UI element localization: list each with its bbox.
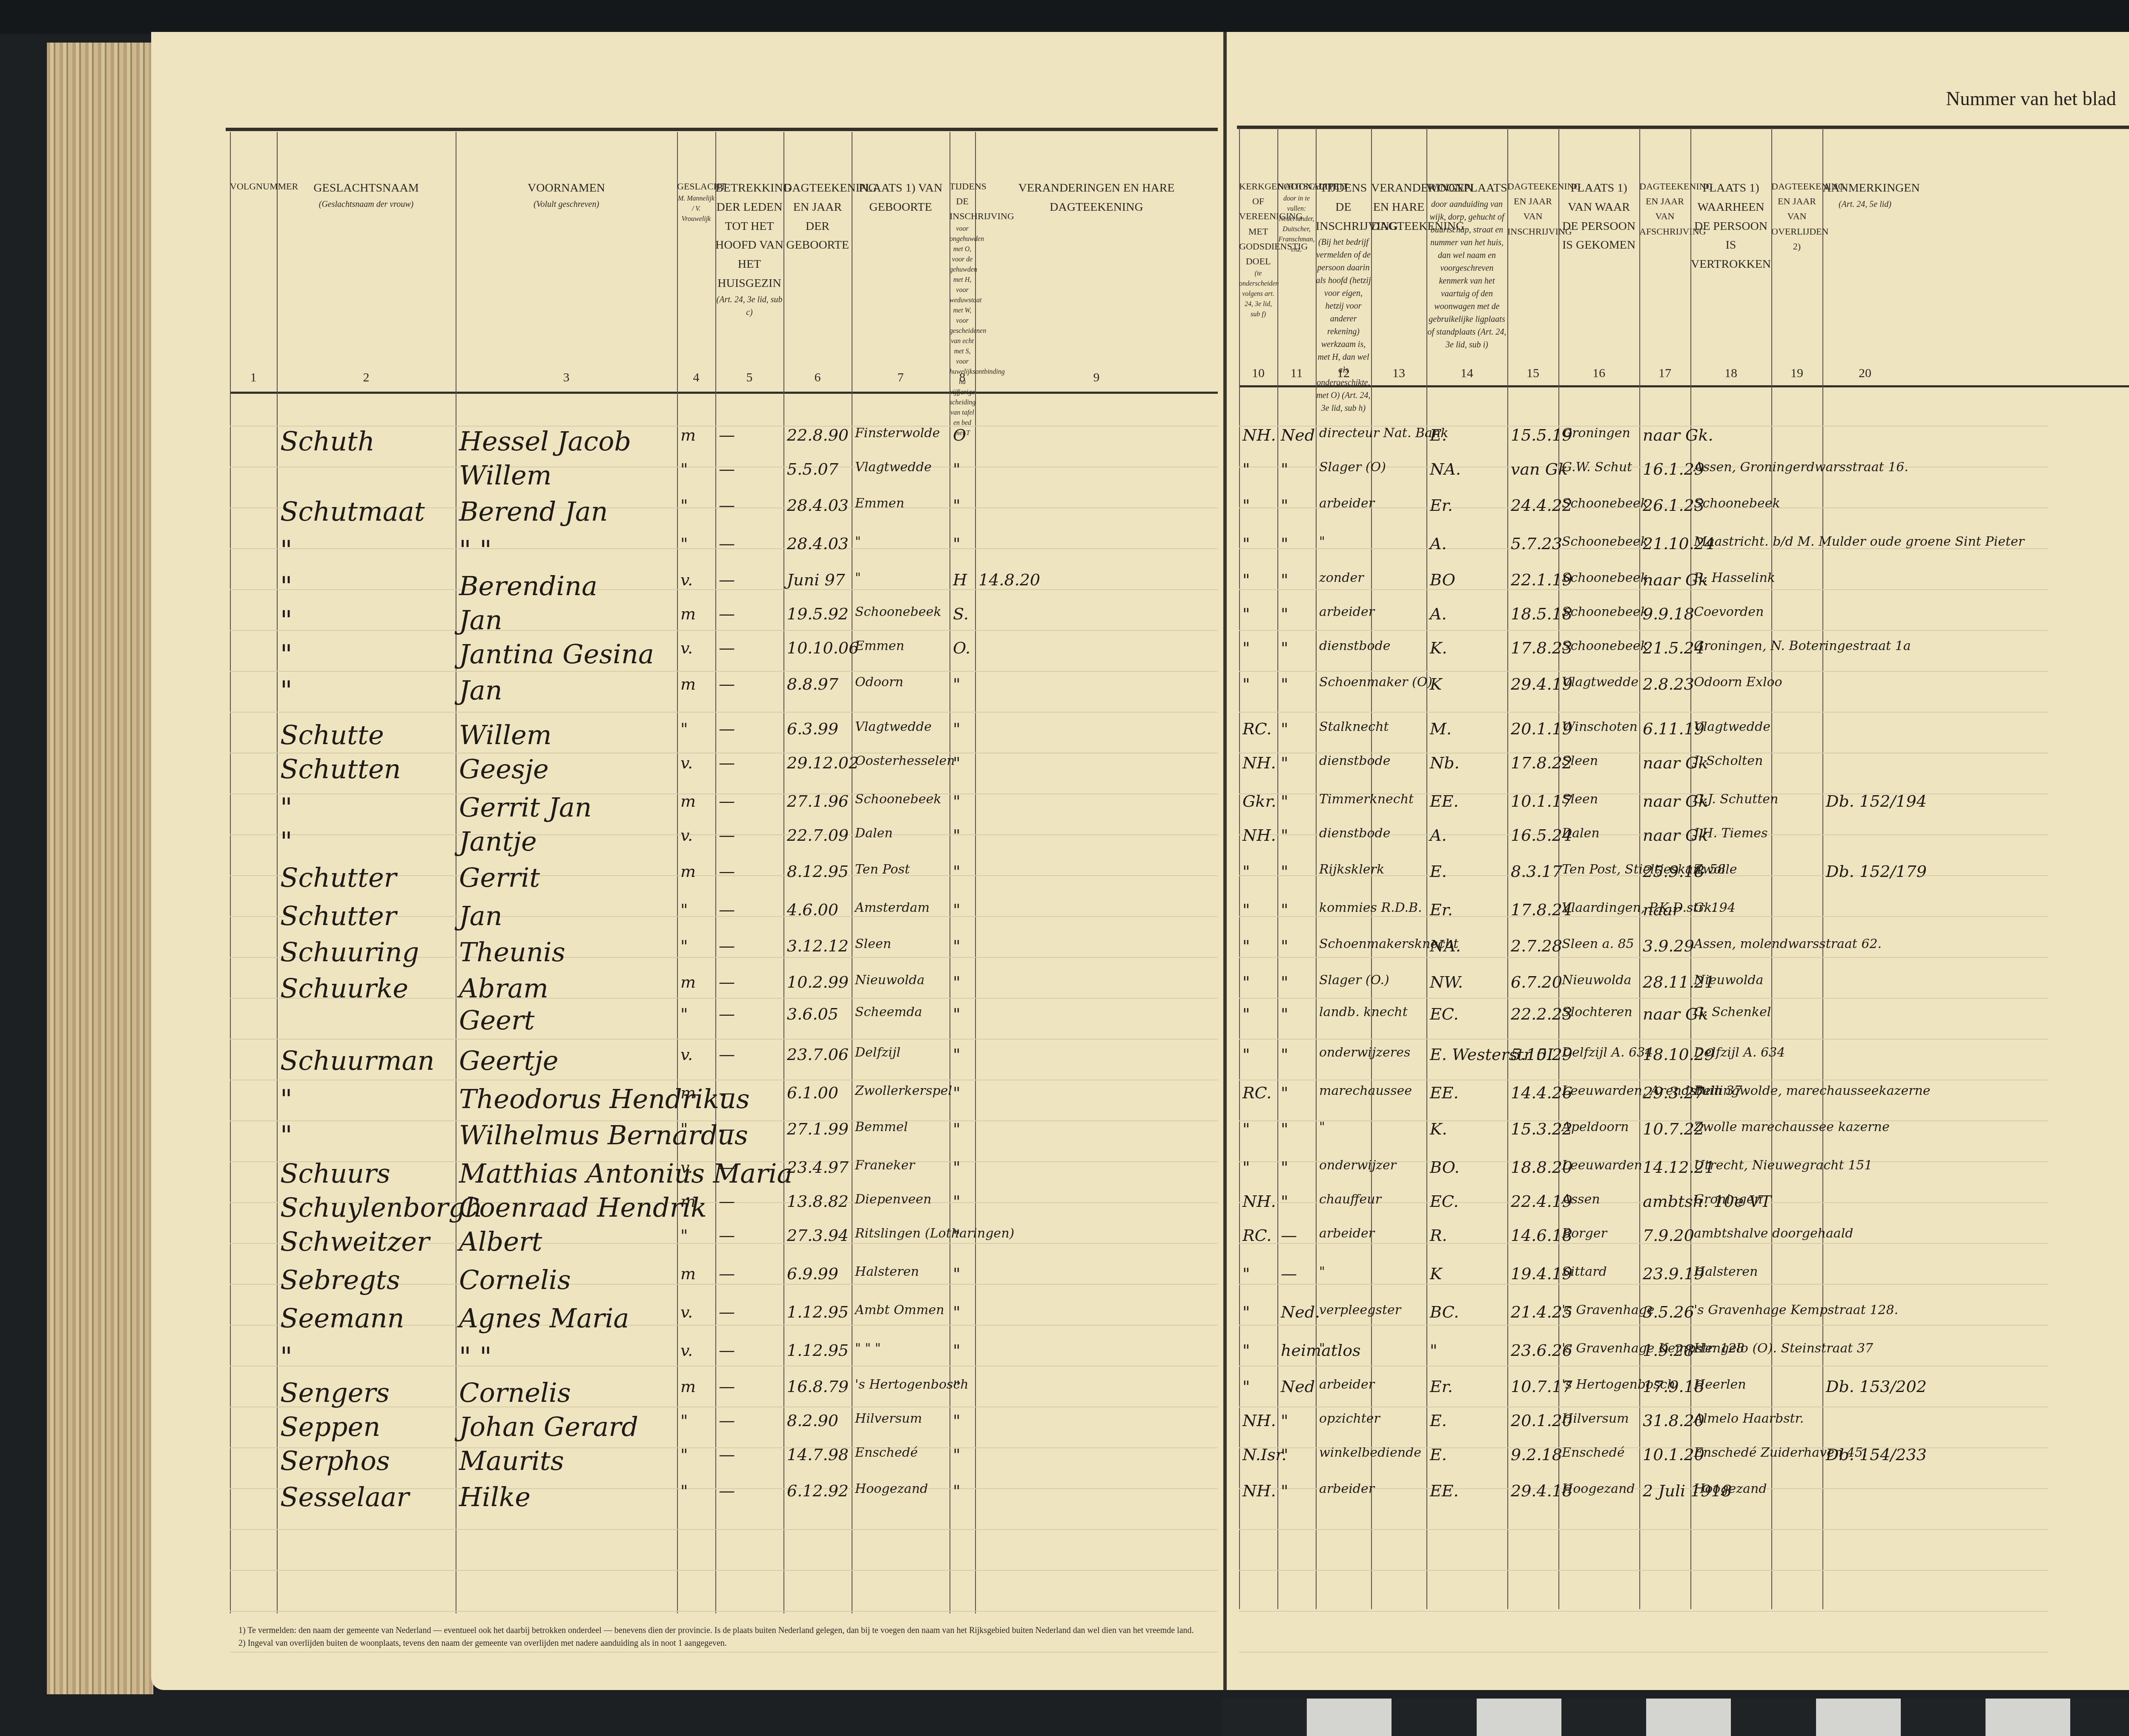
column-header-title: Woonplaats	[1426, 179, 1507, 198]
column-header-1: Volgnummer	[230, 179, 277, 194]
column-header-7: Plaats 1) van geboorte	[852, 179, 950, 217]
cell-pob: Delfzijl	[855, 1045, 901, 1060]
cell-civ: "	[953, 1192, 960, 1211]
column-number: 2	[277, 370, 456, 385]
cell-pob: Oosterhesselen	[855, 753, 955, 768]
column-divider	[1507, 128, 1508, 1609]
cell-occ: Stalknecht	[1319, 719, 1389, 734]
ruled-line	[230, 671, 1218, 672]
cell-church: "	[1242, 1341, 1250, 1360]
cell-wijk: BC.	[1430, 1303, 1459, 1321]
cell-church: NH.	[1242, 1192, 1276, 1211]
cell-dob: 13.8.82	[787, 1192, 849, 1211]
cell-surname: Schuth	[280, 426, 375, 457]
cell-from: Schoonebeek	[1562, 639, 1648, 653]
cell-surname: Schutte	[280, 719, 384, 751]
column-number: 11	[1277, 366, 1316, 381]
cell-sex: m	[680, 1192, 696, 1211]
cell-given: Wilhelmus Bernardus	[459, 1120, 714, 1151]
column-header-title: Nationaliteit	[1277, 179, 1316, 194]
cell-nat: "	[1281, 826, 1288, 845]
cell-dob: 27.3.94	[787, 1226, 849, 1245]
cell-church: "	[1242, 1264, 1250, 1283]
cell-civ: S.	[953, 604, 969, 623]
cell-nat: Ned	[1281, 1377, 1315, 1396]
column-number: 4	[677, 370, 715, 385]
cell-church: "	[1242, 675, 1250, 693]
column-number: 6	[783, 370, 852, 385]
cell-civ: O	[953, 426, 966, 444]
cell-sex: "	[680, 1445, 688, 1464]
column-number: 18	[1690, 366, 1771, 381]
column-header-title: Geslachtsnaam	[277, 179, 456, 198]
cell-surname: Schuurs	[280, 1158, 390, 1189]
cell-to: ambtshalve doorgehaald	[1694, 1226, 1854, 1241]
cell-given: Jan	[459, 675, 502, 706]
cell-out-date: 3.5.26	[1643, 1303, 1694, 1321]
cell-from: Hilversum	[1562, 1411, 1629, 1426]
ruled-line	[1239, 589, 2048, 590]
column-header-3: Voornamen(Volult geschreven)	[456, 179, 677, 211]
cell-from: Sleen	[1562, 753, 1598, 768]
cell-from: Schoonebeek	[1562, 604, 1648, 619]
cell-wijk: BO.	[1430, 1158, 1460, 1177]
cell-civ: "	[953, 792, 960, 811]
column-header-5: Betrekking der leden tot het hoofd van h…	[715, 179, 783, 319]
cell-church: "	[1242, 639, 1250, 657]
cell-civ: "	[953, 534, 960, 553]
column-header-note: door in te vullen: Nederlander, Duitsche…	[1277, 194, 1316, 255]
column-header-title: Betrekking der leden tot het hoofd van h…	[715, 179, 783, 293]
column-number: 5	[715, 370, 783, 385]
cell-given: Theodorus Hendrikus	[459, 1083, 714, 1114]
cell-wijk: EC.	[1430, 1192, 1459, 1211]
cell-pob: Vlagtwedde	[855, 460, 932, 475]
cell-dob: 19.5.92	[787, 604, 849, 623]
cell-civ: "	[953, 460, 960, 478]
cell-wijk: EE.	[1430, 1481, 1459, 1500]
cell-sex: "	[680, 460, 688, 478]
cell-surname: Schuurman	[280, 1045, 434, 1076]
cell-rel: —	[719, 753, 735, 772]
cell-nat: "	[1281, 719, 1288, 738]
cell-from: Slochteren	[1562, 1005, 1633, 1020]
cell-given: Cornelis	[459, 1377, 571, 1408]
cell-wijk: K.	[1430, 639, 1447, 657]
cell-church: RC.	[1242, 719, 1271, 738]
ruled-line	[1239, 1325, 2048, 1326]
cell-surname: "	[280, 826, 293, 857]
column-header-title: Dagteekening en jaar van overlijden 2)	[1771, 179, 1822, 254]
cell-surname: "	[280, 1083, 293, 1114]
column-header-note: (Art. 24, 5e lid)	[1822, 198, 1908, 211]
cell-sex: "	[680, 1226, 688, 1245]
ruled-line	[1239, 671, 2048, 672]
column-header-note: M. Mannelijk / V. Vrouwelijk	[677, 194, 715, 224]
ruled-line	[230, 1529, 1218, 1530]
cell-rel: —	[719, 826, 735, 845]
book-gutter	[1223, 32, 1227, 1690]
cell-nat: "	[1281, 937, 1288, 955]
cell-sex: v.	[680, 639, 693, 657]
cell-from: Winschoten	[1562, 719, 1638, 734]
cell-occ: opzichter	[1319, 1411, 1380, 1426]
column-header-title: Dagteekening en jaar der geboorte	[783, 179, 852, 255]
column-header-title: Veranderingen en hare dagteekening	[975, 179, 1218, 217]
cell-wijk: A.	[1430, 534, 1447, 553]
cell-wijk: Nb.	[1430, 753, 1460, 772]
cell-to: Nieuwolda	[1694, 973, 1763, 988]
cell-dob: 27.1.99	[787, 1120, 849, 1138]
cell-surname: "	[280, 604, 293, 636]
cell-from: Borger	[1562, 1226, 1607, 1241]
cell-pob: Finsterwolde	[855, 426, 940, 441]
cell-dob: 3.6.05	[787, 1005, 838, 1023]
cell-church: "	[1242, 862, 1250, 881]
cell-to: J.H. Tiemes	[1694, 826, 1767, 841]
cell-to: G. Schenkel	[1694, 1005, 1771, 1020]
column-header-13: Veranderingen en hare dagteekening	[1371, 179, 1426, 236]
cell-civ: "	[953, 496, 960, 515]
cell-wijk: NA.	[1430, 937, 1461, 955]
cell-wijk: "	[1430, 1341, 1437, 1360]
cell-church: "	[1242, 937, 1250, 955]
cell-pob: Zwollerkerspel	[855, 1083, 952, 1098]
cell-wijk: NW.	[1430, 973, 1463, 991]
cell-wijk: A.	[1430, 826, 1447, 845]
cell-given: Jantina Gesina	[459, 639, 654, 670]
column-header-title: Aanmerkingen	[1822, 179, 1908, 198]
cell-surname: Schuuring	[280, 937, 419, 968]
cell-wijk: Er.	[1430, 1377, 1453, 1396]
column-header-note: (Volult geschreven)	[456, 198, 677, 211]
cell-dob: 6.1.00	[787, 1083, 838, 1102]
column-header-note: door aanduiding van wijk, dorp, gehucht …	[1426, 198, 1507, 351]
cell-sex: "	[680, 496, 688, 515]
cell-given: Abram	[459, 973, 548, 1004]
cell-rel: —	[719, 1445, 735, 1464]
cell-civ: "	[953, 675, 960, 693]
cell-pob: Enschedé	[855, 1445, 918, 1460]
cell-occ: onderwijzeres	[1319, 1045, 1409, 1060]
cell-occ: kommies R.D.B.	[1319, 900, 1409, 915]
cell-given: Theunis	[459, 937, 565, 968]
cell-civ: "	[953, 1083, 960, 1102]
cell-dob: 3.12.12	[787, 937, 849, 955]
cell-surname: Schutter	[280, 862, 396, 893]
column-header-title: Veranderingen en hare dagteekening	[1371, 179, 1426, 236]
cell-occ: arbeider	[1319, 496, 1374, 511]
cell-wijk: EC.	[1430, 1005, 1459, 1023]
cell-in-date: 9.2.18	[1511, 1445, 1562, 1464]
cell-rel: —	[719, 1192, 735, 1211]
cell-dob: 8.2.90	[787, 1411, 838, 1430]
cell-given: Hessel Jacob	[459, 426, 631, 457]
cell-from: Schoonebeek	[1562, 570, 1648, 585]
cell-wijk: M.	[1430, 719, 1452, 738]
cell-given: Willem	[459, 460, 552, 491]
cell-occ: arbeider	[1319, 1226, 1374, 1241]
cell-pob: Ambt Ommen	[855, 1303, 944, 1318]
cell-dob: 1.12.95	[787, 1341, 849, 1360]
cell-given: Agnes Maria	[459, 1303, 629, 1334]
cell-pob: Hoogezand	[855, 1481, 928, 1496]
column-header-title: Volgnummer	[230, 179, 277, 194]
column-divider	[715, 132, 716, 1613]
cell-nat: "	[1281, 1158, 1288, 1177]
cell-given: " "	[459, 534, 492, 565]
cell-nat: "	[1281, 570, 1288, 589]
cell-to: Zwolle	[1694, 862, 1737, 877]
cell-nat: —	[1281, 1226, 1297, 1245]
cell-rel: —	[719, 900, 735, 919]
cell-dob: 23.7.06	[787, 1045, 849, 1064]
cell-occ: winkelbediende	[1319, 1445, 1409, 1460]
cell-occ: Slager (O.)	[1319, 973, 1389, 988]
cell-out-date: 7.9.20	[1643, 1226, 1694, 1245]
cell-civ: "	[953, 1445, 960, 1464]
cell-to: Halsteren	[1694, 1264, 1758, 1279]
cell-dob: 8.12.95	[787, 862, 849, 881]
cell-civ: "	[953, 1481, 960, 1500]
cell-to: G.J. Schutten	[1694, 792, 1778, 807]
cell-sex: m	[680, 1083, 696, 1102]
cell-from: Sleen	[1562, 792, 1598, 807]
cell-church: N.Isr.	[1242, 1445, 1286, 1464]
column-header-9: Veranderingen en hare dagteekening	[975, 179, 1218, 217]
ruled-line	[1239, 1284, 2048, 1285]
column-header-title: Kerkgenootschap of vereeniging met godsd…	[1239, 179, 1277, 269]
cell-dob: 22.7.09	[787, 826, 849, 845]
cell-church: Gkr.	[1242, 792, 1276, 811]
cell-given: Geertje	[459, 1045, 558, 1076]
cell-rel: —	[719, 1120, 735, 1138]
column-divider	[277, 132, 278, 1613]
cell-occ: "	[1319, 1120, 1325, 1134]
cell-wijk: K.	[1430, 1120, 1447, 1138]
cell-out-date: 1.9.28	[1643, 1341, 1694, 1360]
cell-pob: Scheemda	[855, 1005, 922, 1020]
cell-to: Heerlen	[1694, 1377, 1746, 1392]
cell-rel: —	[719, 426, 735, 444]
cell-nat: "	[1281, 675, 1288, 693]
cell-pob: Amsterdam	[855, 900, 930, 915]
cell-pob: Schoonebeek	[855, 604, 941, 619]
cell-occ: onderwijzer	[1319, 1158, 1396, 1173]
cell-nat: "	[1281, 1411, 1288, 1430]
column-divider	[230, 132, 231, 1613]
cell-to: Groningen	[1694, 1192, 1762, 1207]
column-divider	[456, 132, 456, 1613]
cell-out-date: naar	[1643, 900, 1680, 919]
cell-out-date: 9.9.18	[1643, 604, 1694, 623]
cell-church: "	[1242, 1005, 1250, 1023]
ruled-line	[1239, 630, 2048, 631]
cell-rel: —	[719, 570, 735, 589]
cell-dob: 5.5.07	[787, 460, 838, 478]
cell-in-date: van Gk	[1511, 460, 1568, 478]
cell-dob: 6.12.92	[787, 1481, 849, 1500]
column-number: 7	[852, 370, 950, 385]
footnote-2: 2) Ingeval van overlijden buiten de woon…	[238, 1637, 1194, 1650]
cell-church: NH.	[1242, 1411, 1276, 1430]
column-divider	[1239, 128, 1240, 1609]
cell-nat: "	[1281, 753, 1288, 772]
cell-civ: "	[953, 900, 960, 919]
column-number: 3	[456, 370, 677, 385]
cell-sex: m	[680, 675, 696, 693]
cell-sex: v.	[680, 1341, 693, 1360]
cell-out-date: 2.8.23	[1643, 675, 1694, 693]
cell-sex: v.	[680, 1158, 693, 1177]
cell-nat: "	[1281, 496, 1288, 515]
ruled-line	[230, 712, 1218, 713]
column-divider	[1771, 128, 1772, 1609]
cell-dob: 22.8.90	[787, 426, 849, 444]
cell-nat: "	[1281, 792, 1288, 811]
cell-to: J. Scholten	[1694, 753, 1763, 768]
cell-pob: Schoonebeek	[855, 792, 941, 807]
cell-pob: 's Hertogenbosch	[855, 1377, 969, 1392]
cell-nat: "	[1281, 460, 1288, 478]
cell-dob: 6.9.99	[787, 1264, 838, 1283]
cell-rel: —	[719, 1411, 735, 1430]
cell-occ: arbeider	[1319, 604, 1374, 619]
cell-pob: Hilversum	[855, 1411, 922, 1426]
cell-dob: 27.1.96	[787, 792, 849, 811]
cell-nat: "	[1281, 900, 1288, 919]
cell-to: Odoorn Exloo	[1694, 675, 1782, 690]
cell-rel: —	[719, 862, 735, 881]
cell-from: Groningen	[1562, 426, 1630, 441]
cell-sex: v.	[680, 1045, 693, 1064]
cell-church: "	[1242, 1158, 1250, 1177]
cell-nat: Ned.	[1281, 1303, 1320, 1321]
cell-dob: 4.6.00	[787, 900, 838, 919]
cell-civ: "	[953, 1303, 960, 1321]
column-header-14: Woonplaatsdoor aanduiding van wijk, dorp…	[1426, 179, 1507, 351]
cell-pob: Dalen	[855, 826, 893, 841]
column-divider	[677, 132, 678, 1613]
cell-sex: "	[680, 719, 688, 738]
cell-given: Geesje	[459, 753, 549, 785]
cell-given: Jan	[459, 604, 502, 636]
ruled-line	[1239, 1080, 2048, 1080]
cell-pob: Sleen	[855, 937, 891, 951]
cell-surname: Schutmaat	[280, 496, 425, 527]
cell-wijk: EE.	[1430, 792, 1459, 811]
cell-nat: "	[1281, 1045, 1288, 1064]
cell-civ: "	[953, 719, 960, 738]
cell-given: Albert	[459, 1226, 542, 1257]
cell-rel: —	[719, 1005, 735, 1023]
footnotes: 1) Te vermelden: den naam der gemeente v…	[238, 1624, 1194, 1650]
cell-pob: "	[855, 534, 861, 549]
cell-civ: "	[953, 826, 960, 845]
column-header-16: Plaats 1) van waar de persoon is gekomen	[1558, 179, 1639, 255]
cell-sex: m	[680, 604, 696, 623]
cell-civ: "	[953, 753, 960, 772]
cell-rel: —	[719, 1264, 735, 1283]
ruled-line	[1239, 1039, 2048, 1040]
column-header-title: Geslacht	[677, 179, 715, 194]
cell-pob: Odoorn	[855, 675, 904, 690]
ruled-line	[1239, 712, 2048, 713]
cell-nat: "	[1281, 534, 1288, 553]
cell-given: " "	[459, 1341, 492, 1372]
cell-civ: "	[953, 1158, 960, 1177]
column-header-title: Plaats 1) van waar de persoon is gekomen	[1558, 179, 1639, 255]
cell-in-date: 2.7.28	[1511, 937, 1562, 955]
column-number: 19	[1771, 366, 1822, 381]
cell-dob: 14.7.98	[787, 1445, 849, 1464]
ruled-line	[1239, 998, 2048, 999]
cell-surname: "	[280, 675, 293, 706]
cell-wijk: BO	[1430, 570, 1455, 589]
cell-pob: Ten Post	[855, 862, 910, 877]
ruled-line	[230, 1611, 1218, 1612]
cell-rel: —	[719, 1377, 735, 1396]
column-divider	[783, 132, 784, 1613]
cell-from: Schoonebeek	[1562, 496, 1648, 511]
cell-pob: " " "	[855, 1341, 881, 1356]
cell-surname: "	[280, 570, 293, 602]
cell-rel: —	[719, 1481, 735, 1500]
cell-wijk: E.	[1430, 862, 1447, 881]
cell-given: Matthias Antonius Maria	[459, 1158, 714, 1189]
cell-church: "	[1242, 973, 1250, 991]
cell-pob: Ritslingen (Lotharingen)	[855, 1226, 987, 1241]
cell-sex: m	[680, 862, 696, 881]
cell-occ: marechaussee	[1319, 1083, 1409, 1098]
cell-given: Berendina	[459, 570, 597, 602]
cell-from: G.W. Schut	[1562, 460, 1632, 475]
cell-civ: "	[953, 1005, 960, 1023]
cell-to: R. Hasselink	[1694, 570, 1775, 585]
cell-from: Assen	[1562, 1192, 1600, 1207]
column-divider	[1822, 128, 1823, 1609]
cell-from: Enschedé	[1562, 1445, 1624, 1460]
cell-dob: 6.3.99	[787, 719, 838, 738]
cell-rel: —	[719, 534, 735, 553]
cell-wijk: E.	[1430, 426, 1447, 444]
ruled-line	[230, 589, 1218, 590]
cell-occ: Timmerknecht	[1319, 792, 1409, 807]
header-top-rule	[226, 128, 1218, 131]
cell-given: Geert	[459, 1005, 534, 1036]
cell-civ: "	[953, 1120, 960, 1138]
cell-surname: "	[280, 639, 293, 670]
cell-given: Hilke	[459, 1481, 531, 1513]
cell-wijk: EE.	[1430, 1083, 1459, 1102]
cell-civ: "	[953, 1411, 960, 1430]
cell-rel: —	[719, 937, 735, 955]
cell-to: 's Gravenhage Kempstraat 128.	[1694, 1303, 1898, 1318]
cell-sex: m	[680, 426, 696, 444]
cell-surname: Seemann	[280, 1303, 404, 1334]
cell-occ: Rijksklerk	[1319, 862, 1384, 877]
cell-rel: —	[719, 792, 735, 811]
cell-given: Jan	[459, 900, 502, 931]
cell-surname: Schweitzer	[280, 1226, 430, 1257]
cell-to: Almelo Haarbstr.	[1694, 1411, 1804, 1426]
cell-nat: "	[1281, 1445, 1288, 1464]
cell-from: 's Gravenhage	[1562, 1303, 1655, 1318]
cell-civ-change: 14.8.20	[978, 570, 1040, 589]
cell-wijk: NA.	[1430, 460, 1461, 478]
cell-pob: Nieuwolda	[855, 973, 924, 988]
cell-wijk: E.	[1430, 1411, 1447, 1430]
